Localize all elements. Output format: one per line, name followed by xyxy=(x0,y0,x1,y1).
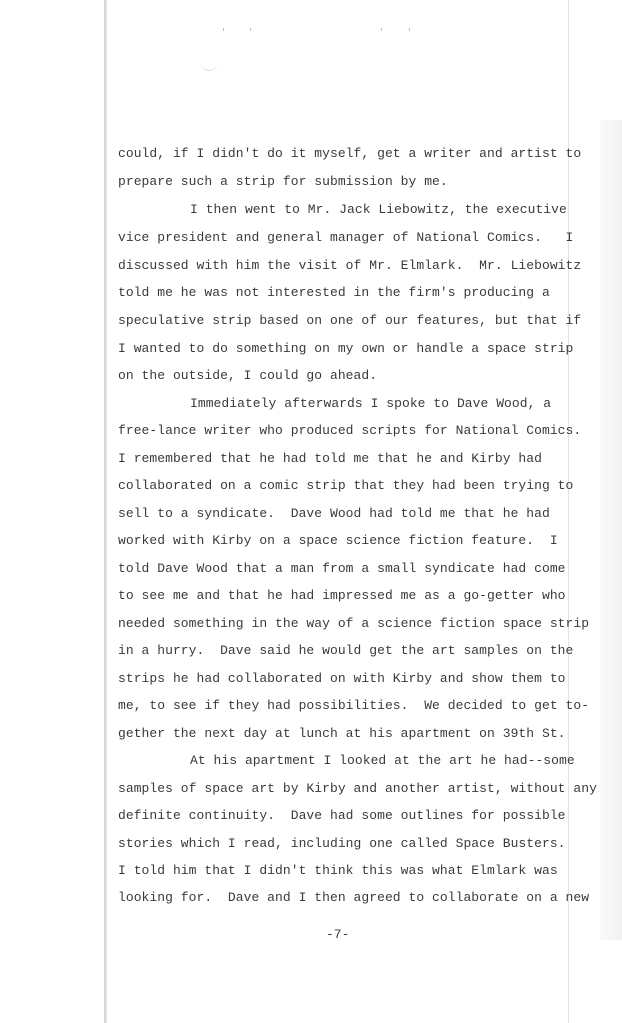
speck xyxy=(250,28,251,31)
text-line: on the outside, I could go ahead. xyxy=(118,368,377,384)
paragraph-start-line: At his apartment I looked at the art he … xyxy=(190,753,575,769)
speck xyxy=(223,28,224,31)
text-line: collaborated on a comic strip that they … xyxy=(118,478,573,494)
text-line: me, to see if they had possibilities. We… xyxy=(118,698,589,714)
text-line: I remembered that he had told me that he… xyxy=(118,451,542,467)
speck xyxy=(381,28,382,31)
text-line: worked with Kirby on a space science fic… xyxy=(118,533,558,549)
paragraph-start-line: Immediately afterwards I spoke to Dave W… xyxy=(190,396,551,412)
text-line: stories which I read, including one call… xyxy=(118,836,566,852)
text-line: needed something in the way of a science… xyxy=(118,616,589,632)
page-shade-right xyxy=(600,120,622,940)
speck xyxy=(409,28,410,31)
text-line: prepare such a strip for submission by m… xyxy=(118,174,448,190)
text-line: could, if I didn't do it myself, get a w… xyxy=(118,146,581,162)
paragraph-start-line: I then went to Mr. Jack Liebowitz, the e… xyxy=(190,202,567,218)
text-line: in a hurry. Dave said he would get the a… xyxy=(118,643,573,659)
text-line: vice president and general manager of Na… xyxy=(118,230,573,246)
text-line: discussed with him the visit of Mr. Elml… xyxy=(118,258,581,274)
text-line: gether the next day at lunch at his apar… xyxy=(118,726,566,742)
text-line: looking for. Dave and I then agreed to c… xyxy=(118,890,589,906)
text-line: speculative strip based on one of our fe… xyxy=(118,313,581,329)
text-line: sell to a syndicate. Dave Wood had told … xyxy=(118,506,550,522)
text-line: told Dave Wood that a man from a small s… xyxy=(118,561,566,577)
text-line: samples of space art by Kirby and anothe… xyxy=(118,781,597,797)
punch-hole-mark xyxy=(200,52,218,71)
text-line: to see me and that he had impressed me a… xyxy=(118,588,566,604)
text-line: definite continuity. Dave had some outli… xyxy=(118,808,566,824)
page-border-left xyxy=(104,0,107,1023)
text-line: free-lance writer who produced scripts f… xyxy=(118,423,581,439)
text-line: told me he was not interested in the fir… xyxy=(118,285,550,301)
text-line: I told him that I didn't think this was … xyxy=(118,863,558,879)
text-line: I wanted to do something on my own or ha… xyxy=(118,341,573,357)
text-line: strips he had collaborated on with Kirby… xyxy=(118,671,566,687)
page-number: -7- xyxy=(326,927,349,942)
